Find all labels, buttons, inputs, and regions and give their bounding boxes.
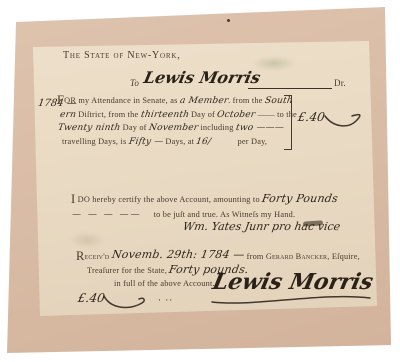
- header-title: The State of New-York,: [63, 50, 181, 61]
- signature-flourish-icon: [210, 292, 374, 306]
- charge-line-2: ern Diſtrict, from the thirteenth Day of…: [60, 110, 297, 120]
- payee-underline: [248, 88, 332, 89]
- charge-line-3: Twenty ninth Day of November including t…: [58, 123, 284, 133]
- hand-dashes: — — — ——: [71, 210, 142, 220]
- charge-line-4: travelling Days, is Fifty — Days, at 16/…: [62, 137, 267, 147]
- document-photo: The State of New-York, To Lewis Morris D…: [0, 0, 400, 362]
- ink-flourish-icon: [324, 112, 360, 130]
- drop-cap-r: R: [76, 249, 85, 263]
- ink-dots: · ··: [158, 295, 173, 305]
- ink-speck: [227, 19, 230, 22]
- to-label: To: [130, 78, 139, 88]
- amount-bracket: [284, 95, 292, 150]
- receipt-date: Novemb. 29th: 1784 —: [111, 248, 246, 261]
- debtor-abbrev: Dr.: [334, 78, 346, 88]
- payer-name: Gerard Bancker,: [266, 252, 330, 261]
- payee-signature: Lewis Morris: [142, 68, 262, 87]
- receipt-amount-flourish-icon: [102, 294, 148, 314]
- receipt-line-1: Receiv'd Novemb. 29th: 1784 — from Gerar…: [76, 248, 360, 261]
- charge-line-1: FOR my Attendance in Senate, as a Member…: [57, 96, 293, 106]
- charge-amount: £.40: [297, 110, 326, 124]
- receipt-line-3: in full of the above Account.: [114, 279, 215, 288]
- stain: [70, 232, 104, 248]
